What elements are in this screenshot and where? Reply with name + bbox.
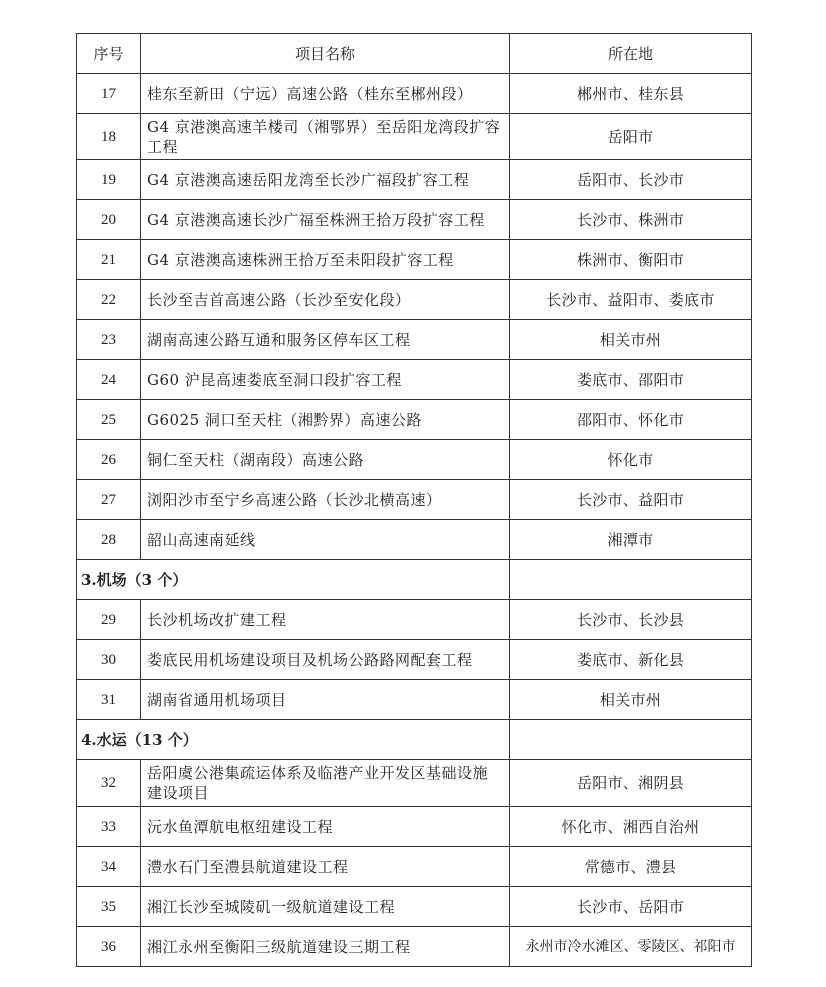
section-row-water: 4.水运（13 个） [77,720,752,760]
row-project-name: 湖南省通用机场项目 [141,680,510,720]
row-seq: 27 [77,480,141,520]
table-row: 33 沅水鱼潭航电枢纽建设工程 怀化市、湘西自治州 [77,807,752,847]
header-project-name: 项目名称 [141,34,510,74]
section-row-airport: 3.机场（3 个） [77,560,752,600]
row-location: 郴州市、桂东县 [510,74,752,114]
row-location: 邵阳市、怀化市 [510,400,752,440]
table-row: 17 桂东至新田（宁远）高速公路（桂东至郴州段） 郴州市、桂东县 [77,74,752,114]
table-row: 23 湖南高速公路互通和服务区停车区工程 相关市州 [77,320,752,360]
row-seq: 31 [77,680,141,720]
table-row: 29 长沙机场改扩建工程 长沙市、长沙县 [77,600,752,640]
row-project-name: 湘江永州至衡阳三级航道建设三期工程 [141,927,510,967]
table-row: 28 韶山高速南延线 湘潭市 [77,520,752,560]
row-project-name: G60 沪昆高速娄底至洞口段扩容工程 [141,360,510,400]
row-location: 岳阳市 [510,114,752,160]
row-project-name: 桂东至新田（宁远）高速公路（桂东至郴州段） [141,74,510,114]
table-header-row: 序号 项目名称 所在地 [77,34,752,74]
table-row: 18 G4 京港澳高速羊楼司（湘鄂界）至岳阳龙湾段扩容工程 岳阳市 [77,114,752,160]
project-table: 序号 项目名称 所在地 17 桂东至新田（宁远）高速公路（桂东至郴州段） 郴州市… [76,33,752,967]
row-seq: 26 [77,440,141,480]
row-location: 相关市州 [510,680,752,720]
section-title-airport: 3.机场（3 个） [77,560,510,600]
table-row: 26 铜仁至天柱（湖南段）高速公路 怀化市 [77,440,752,480]
row-project-name: 澧水石门至澧县航道建设工程 [141,847,510,887]
row-location: 娄底市、邵阳市 [510,360,752,400]
row-seq: 29 [77,600,141,640]
row-project-name: 湘江长沙至城陵矶一级航道建设工程 [141,887,510,927]
row-seq: 33 [77,807,141,847]
section-location-airport [510,560,752,600]
row-seq: 21 [77,240,141,280]
row-project-name: 沅水鱼潭航电枢纽建设工程 [141,807,510,847]
row-seq: 36 [77,927,141,967]
row-location: 永州市冷水滩区、零陵区、祁阳市 [510,927,752,967]
table-row: 34 澧水石门至澧县航道建设工程 常德市、澧县 [77,847,752,887]
row-location: 娄底市、新化县 [510,640,752,680]
table-row: 19 G4 京港澳高速岳阳龙湾至长沙广福段扩容工程 岳阳市、长沙市 [77,160,752,200]
row-location: 湘潭市 [510,520,752,560]
row-project-name: G4 京港澳高速羊楼司（湘鄂界）至岳阳龙湾段扩容工程 [141,114,510,160]
table-row: 25 G6025 洞口至天柱（湘黔界）高速公路 邵阳市、怀化市 [77,400,752,440]
row-location: 长沙市、株洲市 [510,200,752,240]
row-location: 相关市州 [510,320,752,360]
table-row: 30 娄底民用机场建设项目及机场公路路网配套工程 娄底市、新化县 [77,640,752,680]
table-row: 36 湘江永州至衡阳三级航道建设三期工程 永州市冷水滩区、零陵区、祁阳市 [77,927,752,967]
section-location-water [510,720,752,760]
row-location: 怀化市 [510,440,752,480]
row-location: 岳阳市、湘阴县 [510,760,752,807]
table-row: 24 G60 沪昆高速娄底至洞口段扩容工程 娄底市、邵阳市 [77,360,752,400]
row-seq: 34 [77,847,141,887]
row-location: 怀化市、湘西自治州 [510,807,752,847]
table-row: 31 湖南省通用机场项目 相关市州 [77,680,752,720]
table-row: 27 浏阳沙市至宁乡高速公路（长沙北横高速） 长沙市、益阳市 [77,480,752,520]
table-row: 22 长沙至吉首高速公路（长沙至安化段） 长沙市、益阳市、娄底市 [77,280,752,320]
row-location: 长沙市、岳阳市 [510,887,752,927]
row-location: 常德市、澧县 [510,847,752,887]
table-row: 21 G4 京港澳高速株洲王拾万至耒阳段扩容工程 株洲市、衡阳市 [77,240,752,280]
row-project-name: 铜仁至天柱（湖南段）高速公路 [141,440,510,480]
row-project-name: 韶山高速南延线 [141,520,510,560]
row-seq: 25 [77,400,141,440]
row-project-name: G6025 洞口至天柱（湘黔界）高速公路 [141,400,510,440]
row-seq: 28 [77,520,141,560]
row-seq: 23 [77,320,141,360]
row-seq: 22 [77,280,141,320]
row-project-name: G4 京港澳高速长沙广福至株洲王拾万段扩容工程 [141,200,510,240]
row-project-name: 浏阳沙市至宁乡高速公路（长沙北横高速） [141,480,510,520]
row-seq: 20 [77,200,141,240]
row-seq: 19 [77,160,141,200]
row-project-name: G4 京港澳高速岳阳龙湾至长沙广福段扩容工程 [141,160,510,200]
row-location: 长沙市、益阳市、娄底市 [510,280,752,320]
row-project-name: 湖南高速公路互通和服务区停车区工程 [141,320,510,360]
row-seq: 17 [77,74,141,114]
row-location: 长沙市、长沙县 [510,600,752,640]
table-row: 20 G4 京港澳高速长沙广福至株洲王拾万段扩容工程 长沙市、株洲市 [77,200,752,240]
row-location: 株洲市、衡阳市 [510,240,752,280]
row-project-name: 长沙机场改扩建工程 [141,600,510,640]
row-project-name: G4 京港澳高速株洲王拾万至耒阳段扩容工程 [141,240,510,280]
header-seq: 序号 [77,34,141,74]
row-location: 岳阳市、长沙市 [510,160,752,200]
row-project-name: 娄底民用机场建设项目及机场公路路网配套工程 [141,640,510,680]
section-title-water: 4.水运（13 个） [77,720,510,760]
row-project-name: 岳阳虞公港集疏运体系及临港产业开发区基础设施建设项目 [141,760,510,807]
row-seq: 30 [77,640,141,680]
row-seq: 18 [77,114,141,160]
table-row: 32 岳阳虞公港集疏运体系及临港产业开发区基础设施建设项目 岳阳市、湘阴县 [77,760,752,807]
row-seq: 35 [77,887,141,927]
row-seq: 24 [77,360,141,400]
row-project-name: 长沙至吉首高速公路（长沙至安化段） [141,280,510,320]
row-seq: 32 [77,760,141,807]
header-location: 所在地 [510,34,752,74]
table-row: 35 湘江长沙至城陵矶一级航道建设工程 长沙市、岳阳市 [77,887,752,927]
row-location: 长沙市、益阳市 [510,480,752,520]
